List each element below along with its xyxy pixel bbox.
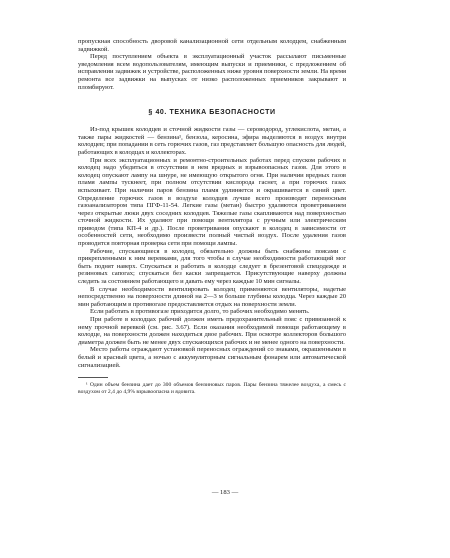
paragraph: Если работать в противогазе приходится д… — [78, 308, 346, 316]
paragraph: Место работы ограждают установкой перено… — [78, 346, 346, 369]
footnote-divider — [78, 377, 108, 378]
section-heading: § 40. ТЕХНИКА БЕЗОПАСНОСТИ — [78, 109, 346, 116]
footnote: ¹ Один объем бензина дает до 300 объемов… — [78, 382, 346, 395]
document-page: пропускная способность дворовой канализа… — [78, 38, 346, 395]
paragraph: Перед поступлением объекта в эксплуатаци… — [78, 53, 346, 91]
paragraph: пропускная способность дворовой канализа… — [78, 38, 346, 53]
paragraph: При работе в колодцах рабочий должен име… — [78, 316, 346, 346]
paragraph: Из-под крышек колодцев и сточной жидкост… — [78, 126, 346, 156]
paragraph: Рабочие, спускающиеся в колодец, обязате… — [78, 248, 346, 286]
page-number: — 183 — — [0, 489, 450, 496]
paragraph: В случае необходимости вентилировать кол… — [78, 286, 346, 309]
paragraph: При всех эксплуатационных и ремонтно-стр… — [78, 157, 346, 248]
